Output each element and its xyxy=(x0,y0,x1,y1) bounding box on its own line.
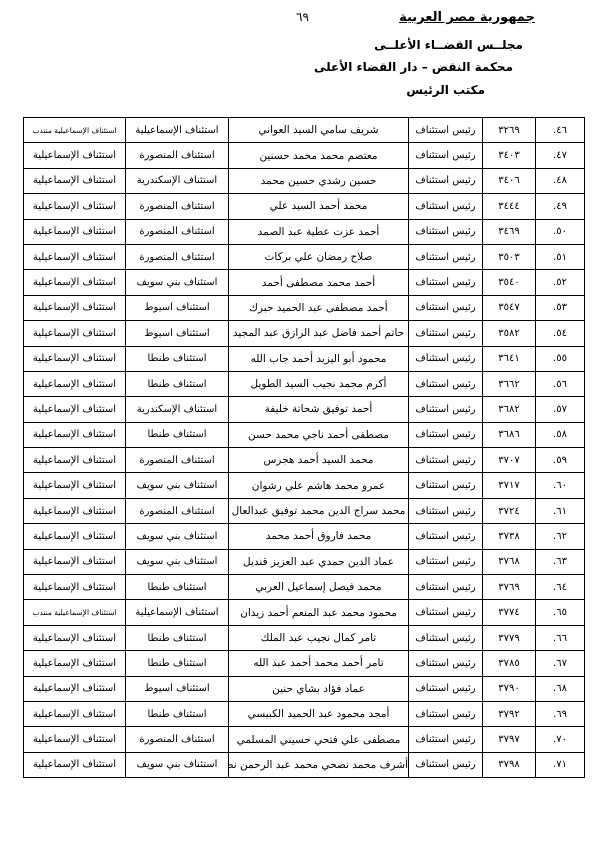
destination-cell: استئناف الإسماعيلية xyxy=(24,168,126,193)
row-number-cell: ٥٤. xyxy=(536,321,585,346)
row-number-cell: ٦٩. xyxy=(536,701,585,726)
name-cell: محمد أحمد السيد علي xyxy=(229,194,409,219)
table-row: ٦٠.٣٧١٧رئيس استئنافعمرو محمد هاشم علي رش… xyxy=(24,473,585,498)
code-cell: ٣٦٨٢ xyxy=(483,397,536,422)
rank-cell: رئيس استئناف xyxy=(409,473,483,498)
code-cell: ٣٤٦٩ xyxy=(483,219,536,244)
table-row: ٤٨.٣٤٠٦رئيس استئنافحسين رشدي حسين محمداس… xyxy=(24,168,585,193)
code-cell: ٣٧٠٧ xyxy=(483,448,536,473)
destination-cell: استئناف الإسماعيلية xyxy=(24,270,126,295)
destination-cell: استئناف الإسماعيلية xyxy=(24,321,126,346)
destination-cell: استئناف الإسماعيلية xyxy=(24,346,126,371)
table-row: ٥٤.٣٥٨٢رئيس استئنافحاتم أحمد فاضل عبد ال… xyxy=(24,321,585,346)
name-cell: عماد فؤاد بشاي حنين xyxy=(229,676,409,701)
code-cell: ٣٤٤٤ xyxy=(483,194,536,219)
name-cell: صلاح رمضان علي بركات xyxy=(229,244,409,269)
table-row: ٦٧.٣٧٨٥رئيس استئنافتامر أحمد محمد أحمد ع… xyxy=(24,651,585,676)
name-cell: محمد السيد أحمد هجرس xyxy=(229,448,409,473)
table-row: ٦٨.٣٧٩٠رئيس استئنافعماد فؤاد بشاي حنيناس… xyxy=(24,676,585,701)
destination-cell: استئناف الإسماعيلية xyxy=(24,701,126,726)
destination-cell: استئناف الإسماعيلية xyxy=(24,371,126,396)
name-cell: محمد فيصل إسماعيل العربي xyxy=(229,575,409,600)
current-court-cell: استئناف طنطا xyxy=(126,346,229,371)
row-number-cell: ٦٦. xyxy=(536,625,585,650)
name-cell: محمد سراج الدين محمد توفيق عبدالعال xyxy=(229,498,409,523)
destination-cell: استئناف الإسماعيلية xyxy=(24,651,126,676)
destination-cell: استئناف الإسماعيلية xyxy=(24,295,126,320)
rank-cell: رئيس استئناف xyxy=(409,270,483,295)
rank-cell: رئيس استئناف xyxy=(409,752,483,777)
current-court-cell: استئناف طنطا xyxy=(126,422,229,447)
table-row: ٥٠.٣٤٦٩رئيس استئنافأحمد عزت عطية عبد الص… xyxy=(24,219,585,244)
row-number-cell: ٥١. xyxy=(536,244,585,269)
current-court-cell: استئناف المنصورة xyxy=(126,244,229,269)
table-row: ٤٩.٣٤٤٤رئيس استئنافمحمد أحمد السيد علياس… xyxy=(24,194,585,219)
rank-cell: رئيس استئناف xyxy=(409,321,483,346)
row-number-cell: ٤٦. xyxy=(536,118,585,143)
table-row: ٥٢.٣٥٤٠رئيس استئنافأحمد محمد مصطفى أحمدا… xyxy=(24,270,585,295)
destination-cell: استئناف الإسماعيلية xyxy=(24,473,126,498)
table-row: ٥١.٣٥٠٣رئيس استئنافصلاح رمضان علي بركاتا… xyxy=(24,244,585,269)
rank-cell: رئيس استئناف xyxy=(409,143,483,168)
destination-cell: استئناف الإسماعيلية xyxy=(24,524,126,549)
table-row: ٦٥.٣٧٧٤رئيس استئنافمحمود محمد عبد المنعم… xyxy=(24,600,585,625)
rank-cell: رئيس استئناف xyxy=(409,575,483,600)
destination-cell: استئناف الإسماعيلية xyxy=(24,143,126,168)
rank-cell: رئيس استئناف xyxy=(409,701,483,726)
destination-cell: استئناف الإسماعيلية xyxy=(24,727,126,752)
rank-cell: رئيس استئناف xyxy=(409,448,483,473)
current-court-cell: استئناف المنصورة xyxy=(126,727,229,752)
row-number-cell: ٦٢. xyxy=(536,524,585,549)
code-cell: ٣٧٩٠ xyxy=(483,676,536,701)
code-cell: ٣٧٩٨ xyxy=(483,752,536,777)
code-cell: ٣٧٧٤ xyxy=(483,600,536,625)
header-office: مكتب الرئيس xyxy=(406,83,485,97)
row-number-cell: ٥٣. xyxy=(536,295,585,320)
row-number-cell: ٦٣. xyxy=(536,549,585,574)
table-row: ٥٩.٣٧٠٧رئيس استئنافمحمد السيد أحمد هجرسا… xyxy=(24,448,585,473)
name-cell: أشرف محمد نصحي محمد عبد الرحمن نصار xyxy=(229,752,409,777)
destination-cell: استئناف الإسماعيلية xyxy=(24,498,126,523)
rank-cell: رئيس استئناف xyxy=(409,219,483,244)
code-cell: ٣٤٠٣ xyxy=(483,143,536,168)
table-row: ٦١.٣٧٢٤رئيس استئنافمحمد سراج الدين محمد … xyxy=(24,498,585,523)
code-cell: ٣٧٦٨ xyxy=(483,549,536,574)
row-number-cell: ٥٥. xyxy=(536,346,585,371)
row-number-cell: ٧٠. xyxy=(536,727,585,752)
name-cell: أحمد عزت عطية عبد الصمد xyxy=(229,219,409,244)
row-number-cell: ٤٨. xyxy=(536,168,585,193)
current-court-cell: استئناف الإسماعيلية xyxy=(126,600,229,625)
rank-cell: رئيس استئناف xyxy=(409,625,483,650)
code-cell: ٣٧٢٤ xyxy=(483,498,536,523)
destination-cell: استئناف الإسماعيلية منتدب xyxy=(24,600,126,625)
rank-cell: رئيس استئناف xyxy=(409,371,483,396)
current-court-cell: استئناف المنصورة xyxy=(126,219,229,244)
rank-cell: رئيس استئناف xyxy=(409,346,483,371)
destination-cell: استئناف الإسماعيلية xyxy=(24,575,126,600)
code-cell: ٣٥٠٣ xyxy=(483,244,536,269)
row-number-cell: ٥٨. xyxy=(536,422,585,447)
table-row: ٥٣.٣٥٤٧رئيس استئنافأحمد مصطفى عبد الحميد… xyxy=(24,295,585,320)
current-court-cell: استئناف اسيوط xyxy=(126,676,229,701)
rank-cell: رئيس استئناف xyxy=(409,397,483,422)
name-cell: حاتم أحمد فاضل عبد الرازق عبد المجيد xyxy=(229,321,409,346)
table-row: ٥٥.٣٦٤١رئيس استئنافمحمود أبو اليزيد أحمد… xyxy=(24,346,585,371)
rank-cell: رئيس استئناف xyxy=(409,524,483,549)
name-cell: عماد الدين حمدي عبد العزيز قنديل xyxy=(229,549,409,574)
destination-cell: استئناف الإسماعيلية xyxy=(24,422,126,447)
code-cell: ٣٧٦٩ xyxy=(483,575,536,600)
name-cell: أحمد محمد مصطفى أحمد xyxy=(229,270,409,295)
destination-cell: استئناف الإسماعيلية xyxy=(24,752,126,777)
table-row: ٧٠.٣٧٩٧رئيس استئنافمصطفى علي فتحي حسيني … xyxy=(24,727,585,752)
code-cell: ٣٧٧٩ xyxy=(483,625,536,650)
header-court: محكمة النقض – دار القضاء الأعلى xyxy=(314,60,513,74)
current-court-cell: استئناف الإسماعيلية xyxy=(126,118,229,143)
current-court-cell: استئناف المنصورة xyxy=(126,498,229,523)
current-court-cell: استئناف بني سويف xyxy=(126,270,229,295)
current-court-cell: استئناف طنطا xyxy=(126,575,229,600)
table-row: ٧١.٣٧٩٨رئيس استئنافأشرف محمد نصحي محمد ع… xyxy=(24,752,585,777)
current-court-cell: استئناف اسيوط xyxy=(126,321,229,346)
current-court-cell: استئناف بني سويف xyxy=(126,524,229,549)
table-row: ٥٦.٣٦٦٢رئيس استئنافأكرم محمد نجيب السيد … xyxy=(24,371,585,396)
row-number-cell: ٦٧. xyxy=(536,651,585,676)
row-number-cell: ٦٠. xyxy=(536,473,585,498)
name-cell: عمرو محمد هاشم علي رشوان xyxy=(229,473,409,498)
code-cell: ٣٥٤٠ xyxy=(483,270,536,295)
code-cell: ٣٧١٧ xyxy=(483,473,536,498)
row-number-cell: ٥٠. xyxy=(536,219,585,244)
row-number-cell: ٦٤. xyxy=(536,575,585,600)
code-cell: ٣٦٤١ xyxy=(483,346,536,371)
row-number-cell: ٥٧. xyxy=(536,397,585,422)
row-number-cell: ٦٥. xyxy=(536,600,585,625)
table-row: ٦٤.٣٧٦٩رئيس استئنافمحمد فيصل إسماعيل الع… xyxy=(24,575,585,600)
table-row: ٦٩.٣٧٩٢رئيس استئنافأمجد محمود عبد الحميد… xyxy=(24,701,585,726)
destination-cell: استئناف الإسماعيلية xyxy=(24,244,126,269)
table-row: ٤٦.٣٢٦٩رئيس استئنافشريف سامي السيد العوا… xyxy=(24,118,585,143)
destination-cell: استئناف الإسماعيلية xyxy=(24,194,126,219)
code-cell: ٣٧٩٢ xyxy=(483,701,536,726)
current-court-cell: استئناف طنطا xyxy=(126,651,229,676)
rank-cell: رئيس استئناف xyxy=(409,600,483,625)
current-court-cell: استئناف المنصورة xyxy=(126,194,229,219)
rank-cell: رئيس استئناف xyxy=(409,118,483,143)
table-row: ٦٢.٣٧٣٨رئيس استئنافمحمد فاروق أحمد محمدا… xyxy=(24,524,585,549)
row-number-cell: ٧١. xyxy=(536,752,585,777)
name-cell: أكرم محمد نجيب السيد الطويل xyxy=(229,371,409,396)
current-court-cell: استئناف الإسكندرية xyxy=(126,168,229,193)
rank-cell: رئيس استئناف xyxy=(409,295,483,320)
current-court-cell: استئناف طنطا xyxy=(126,371,229,396)
destination-cell: استئناف الإسماعيلية xyxy=(24,676,126,701)
name-cell: أمجد محمود عبد الحميد الكبيسي xyxy=(229,701,409,726)
code-cell: ٣٥٤٧ xyxy=(483,295,536,320)
table-row: ٥٨.٣٦٨٦رئيس استئنافمصطفى أحمد ناجي محمد … xyxy=(24,422,585,447)
table-row: ٥٧.٣٦٨٢رئيس استئنافأحمد توفيق شحاتة خليف… xyxy=(24,397,585,422)
destination-cell: استئناف الإسماعيلية xyxy=(24,625,126,650)
rank-cell: رئيس استئناف xyxy=(409,498,483,523)
name-cell: شريف سامي السيد العواني xyxy=(229,118,409,143)
table-row: ٦٦.٣٧٧٩رئيس استئنافتامر كمال نجيب عبد ال… xyxy=(24,625,585,650)
code-cell: ٣٤٠٦ xyxy=(483,168,536,193)
current-court-cell: استئناف الإسكندرية xyxy=(126,397,229,422)
code-cell: ٣٥٨٢ xyxy=(483,321,536,346)
rank-cell: رئيس استئناف xyxy=(409,194,483,219)
header-republic: جمهورية مصر العربية xyxy=(399,10,535,25)
name-cell: مصطفى علي فتحي حسيني المسلمي xyxy=(229,727,409,752)
rank-cell: رئيس استئناف xyxy=(409,168,483,193)
code-cell: ٣٧٨٥ xyxy=(483,651,536,676)
destination-cell: استئناف الإسماعيلية xyxy=(24,549,126,574)
row-number-cell: ٦١. xyxy=(536,498,585,523)
row-number-cell: ٦٨. xyxy=(536,676,585,701)
page-number: ٦٩ xyxy=(296,10,309,24)
code-cell: ٣٦٦٢ xyxy=(483,371,536,396)
name-cell: معتصم محمد محمد حسنين xyxy=(229,143,409,168)
name-cell: محمود أبو اليزيد أحمد جاب الله xyxy=(229,346,409,371)
name-cell: حسين رشدي حسين محمد xyxy=(229,168,409,193)
row-number-cell: ٤٧. xyxy=(536,143,585,168)
destination-cell: استئناف الإسماعيلية xyxy=(24,219,126,244)
current-court-cell: استئناف المنصورة xyxy=(126,143,229,168)
current-court-cell: استئناف اسيوط xyxy=(126,295,229,320)
name-cell: أحمد توفيق شحاتة خليفة xyxy=(229,397,409,422)
rank-cell: رئيس استئناف xyxy=(409,549,483,574)
row-number-cell: ٥٩. xyxy=(536,448,585,473)
table-row: ٤٧.٣٤٠٣رئيس استئنافمعتصم محمد محمد حسنين… xyxy=(24,143,585,168)
name-cell: مصطفى أحمد ناجي محمد حسن xyxy=(229,422,409,447)
header-council: مجلــس القضــاء الأعلــى xyxy=(374,38,523,52)
name-cell: أحمد مصطفى عبد الحميد حبرك xyxy=(229,295,409,320)
current-court-cell: استئناف طنطا xyxy=(126,701,229,726)
rank-cell: رئيس استئناف xyxy=(409,422,483,447)
code-cell: ٣٧٣٨ xyxy=(483,524,536,549)
table-row: ٦٣.٣٧٦٨رئيس استئنافعماد الدين حمدي عبد ا… xyxy=(24,549,585,574)
current-court-cell: استئناف بني سويف xyxy=(126,549,229,574)
destination-cell: استئناف الإسماعيلية منتدب xyxy=(24,118,126,143)
rank-cell: رئيس استئناف xyxy=(409,651,483,676)
code-cell: ٣٢٦٩ xyxy=(483,118,536,143)
rank-cell: رئيس استئناف xyxy=(409,676,483,701)
code-cell: ٣٧٩٧ xyxy=(483,727,536,752)
code-cell: ٣٦٨٦ xyxy=(483,422,536,447)
row-number-cell: ٤٩. xyxy=(536,194,585,219)
current-court-cell: استئناف طنطا xyxy=(126,625,229,650)
row-number-cell: ٥٦. xyxy=(536,371,585,396)
judges-table: ٤٦.٣٢٦٩رئيس استئنافشريف سامي السيد العوا… xyxy=(23,117,585,778)
destination-cell: استئناف الإسماعيلية xyxy=(24,448,126,473)
current-court-cell: استئناف بني سويف xyxy=(126,473,229,498)
row-number-cell: ٥٢. xyxy=(536,270,585,295)
name-cell: تامر أحمد محمد أحمد عبد الله xyxy=(229,651,409,676)
name-cell: تامر كمال نجيب عبد الملك xyxy=(229,625,409,650)
name-cell: محمود محمد عبد المنعم أحمد زيدان xyxy=(229,600,409,625)
destination-cell: استئناف الإسماعيلية xyxy=(24,397,126,422)
rank-cell: رئيس استئناف xyxy=(409,244,483,269)
rank-cell: رئيس استئناف xyxy=(409,727,483,752)
current-court-cell: استئناف بني سويف xyxy=(126,752,229,777)
current-court-cell: استئناف المنصورة xyxy=(126,448,229,473)
name-cell: محمد فاروق أحمد محمد xyxy=(229,524,409,549)
